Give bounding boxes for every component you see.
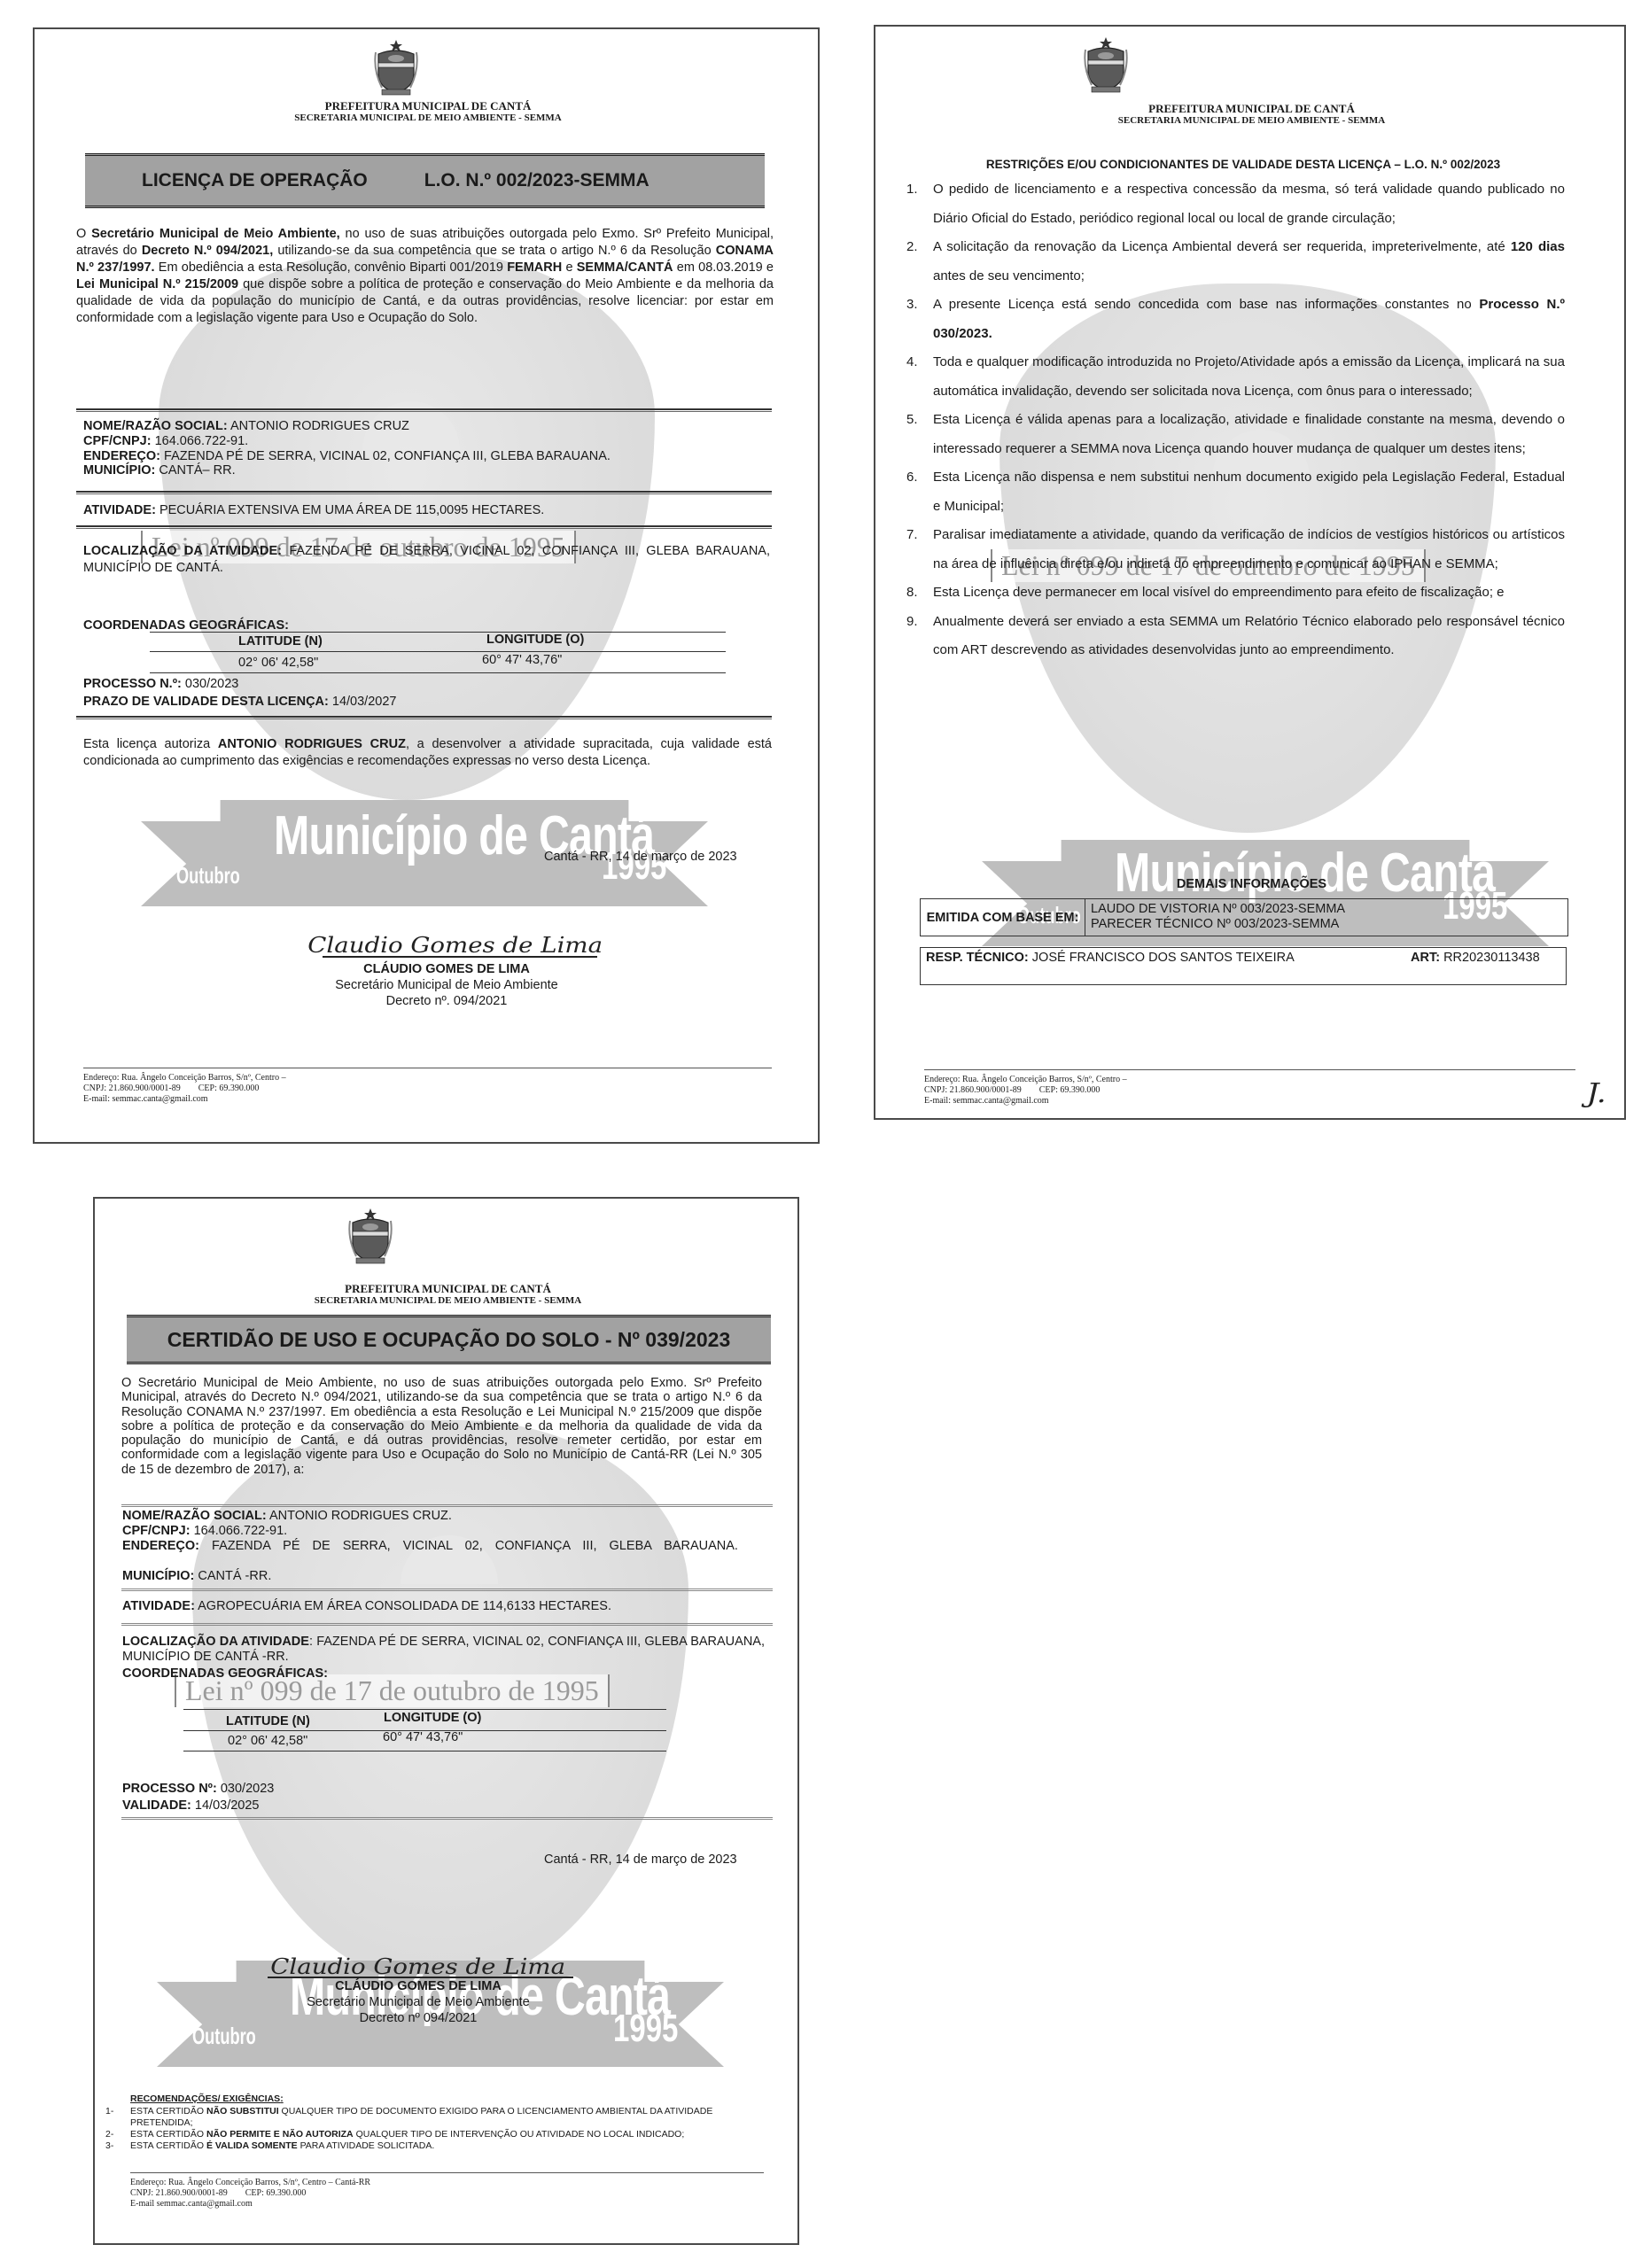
restrictions-document: Lei nº 099 de 17 de outubro de 1995 Muni… [874,25,1626,1120]
document-title: LICENÇA DE OPERAÇÃO [142,170,368,191]
signer-name: CLÁUDIO GOMES DE LIMA [245,1978,591,1994]
signature: Claudio Gomes de Lima [270,1954,565,1979]
field-name: NOME/RAZÃO SOCIAL: ANTONIO RODRIGUES CRU… [122,1509,452,1524]
document-title-bar: CERTIDÃO DE USO E OCUPAÇÃO DO SOLO - Nº … [127,1315,771,1364]
issued-based-label: EMITIDA COM BASE EM: [921,899,1085,936]
issued-based-table: EMITIDA COM BASE EM: LAUDO DE VISTORIA N… [920,898,1568,936]
list-number: 3. [906,291,918,320]
list-text: ESTA CERTIDÃO NÃO SUBSTITUI QUALQUER TIP… [130,2106,712,2128]
list-item: 8.Esta Licença deve permanecer em local … [906,579,1565,608]
resp-technician: RESP. TÉCNICO: JOSÉ FRANCISCO DOS SANTOS… [926,951,1295,965]
list-item: 3-ESTA CERTIDÃO É VALIDA SOMENTE PARA AT… [105,2140,761,2152]
field-municipality: MUNICÍPIO: CANTÁ -RR. [122,1569,271,1584]
letterhead-dept: SECRETARIA MUNICIPAL DE MEIO AMBIENTE - … [875,115,1626,126]
coords-label: COORDENADAS GEOGRÁFICAS: [122,1666,328,1682]
list-text: O pedido de licenciamento e a respectiva… [933,182,1565,226]
list-number: 2- [105,2129,113,2140]
document-title-bar: LICENÇA DE OPERAÇÃO L.O. N.º 002/2023-SE… [85,153,765,208]
letterhead-org: PREFEITURA MUNICIPAL DE CANTÁ [95,1283,799,1295]
list-number: 7. [906,521,918,550]
other-info-title: DEMAIS INFORMAÇÕES [875,877,1626,891]
list-number: 9. [906,608,918,637]
list-item: 3.A presente Licença está sendo concedid… [906,291,1565,348]
field-cpf: CPF/CNPJ: 164.066.722-91. [122,1524,287,1539]
signer-role: Secretário Municipal de Meio Ambiente [274,977,619,993]
list-text: ESTA CERTIDÃO É VALIDA SOMENTE PARA ATIV… [130,2140,434,2151]
signer-decree: Decreto nº. 094/2021 [274,993,619,1009]
restrictions-list: 1.O pedido de licenciamento e a respecti… [906,175,1565,665]
technical-responsible-box: RESP. TÉCNICO: JOSÉ FRANCISCO DOS SANTOS… [920,947,1567,985]
license-number: L.O. N.º 002/2023-SEMMA [424,170,649,191]
list-item: 9.Anualmente deverá ser enviado a esta S… [906,608,1565,665]
license-document: Lei nº 099 de 17 de outubro de 1995 Muni… [33,27,820,1144]
art-number: ART: RR20230113438 [1411,951,1540,965]
list-number: 1- [105,2106,113,2117]
footer-divider [130,2172,764,2173]
footer-divider [83,1068,772,1068]
footer-divider [924,1069,1575,1070]
coordinates-table: LATITUDE (N) LONGITUDE (O) 02° 06' 42,58… [183,1709,666,1753]
field-cpf: CPF/CNPJ: 164.066.722-91. [83,434,248,449]
list-text: Paralisar imediatamente a atividade, qua… [933,527,1565,571]
certificate-document: Lei nº 099 de 17 de outubro de 1995 Muni… [93,1197,799,2245]
field-process: PROCESSO N.º: 030/2023 [83,677,238,692]
letterhead-org: PREFEITURA MUNICIPAL DE CANTÁ [875,103,1626,115]
list-item: 4.Toda e qualquer modificação introduzid… [906,348,1565,406]
list-item: 2.A solicitação da renovação da Licença … [906,233,1565,291]
divider [76,525,772,529]
field-address: ENDEREÇO: FAZENDA PÉ DE SERRA, VICINAL 0… [83,449,611,464]
divider [121,1588,773,1591]
list-text: Anualmente deverá ser enviado a esta SEM… [933,614,1565,658]
divider [76,408,772,412]
list-text: Toda e qualquer modificação introduzida … [933,354,1565,399]
document-title: CERTIDÃO DE USO E OCUPAÇÃO DO SOLO - Nº … [167,1328,731,1352]
list-number: 2. [906,233,918,262]
signer-name: CLÁUDIO GOMES DE LIMA [274,961,619,977]
list-text: Esta Licença deve permanecer em local vi… [933,585,1505,600]
list-text: A solicitação da renovação da Licença Am… [933,239,1565,283]
list-number: 1. [906,175,918,205]
list-number: 4. [906,348,918,377]
recommendations-title: RECOMENDAÇÕES/ EXIGÊNCIAS: [130,2093,284,2105]
field-validity: PRAZO DE VALIDADE DESTA LICENÇA: 14/03/2… [83,695,396,710]
longitude-header: LONGITUDE (O) [384,1711,481,1725]
recommendations-list: 1-ESTA CERTIDÃO NÃO SUBSTITUI QUALQUER T… [105,2106,761,2152]
field-location: LOCALIZAÇÃO DA ATIVIDADE: FAZENDA PÉ DE … [122,1635,765,1665]
certificate-preamble: O Secretário Municipal de Meio Ambiente,… [121,1376,762,1477]
list-item: 7.Paralisar imediatamente a atividade, q… [906,521,1565,579]
latitude-header: LATITUDE (N) [238,634,323,649]
longitude-value: 60° 47' 43,76" [482,653,562,667]
letterhead-dept: SECRETARIA MUNICIPAL DE MEIO AMBIENTE - … [35,113,820,123]
field-address: ENDEREÇO: FAZENDA PÉ DE SERRA, VICINAL 0… [122,1539,763,1554]
divider [121,1817,773,1820]
footer-address: Endereço: Rua. Ângelo Conceição Barros, … [130,2178,370,2210]
divider [121,1623,773,1626]
latitude-value: 02° 06' 42,58" [238,656,318,670]
signer-role: Secretário Municipal de Meio Ambiente [245,1994,591,2010]
list-text: Esta Licença é válida apenas para a loca… [933,412,1565,456]
license-authorization: Esta licença autoriza ANTONIO RODRIGUES … [83,736,772,770]
field-process: PROCESSO Nº: 030/2023 [122,1782,274,1797]
footer-address: Endereço: Rua. Ângelo Conceição Barros, … [924,1075,1127,1107]
initial-signature: J. [1587,1078,1606,1109]
letterhead: PREFEITURA MUNICIPAL DE CANTÁ SECRETARIA… [35,100,820,123]
divider [76,491,772,494]
list-number: 8. [906,579,918,608]
divider [76,716,772,719]
field-validity: VALIDADE: 14/03/2025 [122,1798,259,1814]
latitude-header: LATITUDE (N) [226,1714,310,1728]
list-item: 6.Esta Licença não dispensa e nem substi… [906,463,1565,521]
letterhead-dept: SECRETARIA MUNICIPAL DE MEIO AMBIENTE - … [95,1295,799,1306]
place-date: Cantá - RR, 14 de março de 2023 [544,1852,737,1868]
longitude-value: 60° 47' 43,76" [383,1730,463,1744]
divider [121,1504,773,1507]
letterhead: PREFEITURA MUNICIPAL DE CANTÁ SECRETARIA… [875,103,1626,126]
list-item: 2-ESTA CERTIDÃO NÃO PERMITE E NÃO AUTORI… [105,2129,761,2140]
latitude-value: 02° 06' 42,58" [228,1734,307,1748]
field-name: NOME/RAZÃO SOCIAL: ANTONIO RODRIGUES CRU… [83,419,409,434]
list-text: ESTA CERTIDÃO NÃO PERMITE E NÃO AUTORIZA… [130,2129,684,2140]
license-preamble: O Secretário Municipal de Meio Ambiente,… [76,226,774,327]
list-item: 1-ESTA CERTIDÃO NÃO SUBSTITUI QUALQUER T… [105,2106,761,2129]
list-number: 3- [105,2140,113,2152]
list-item: 5.Esta Licença é válida apenas para a lo… [906,406,1565,463]
list-number: 5. [906,406,918,435]
list-text: Esta Licença não dispensa e nem substitu… [933,470,1565,514]
signer-decree: Decreto nº 094/2021 [245,2010,591,2026]
letterhead: PREFEITURA MUNICIPAL DE CANTÁ SECRETARIA… [95,1283,799,1306]
signer-block: CLÁUDIO GOMES DE LIMA Secretário Municip… [245,1978,591,2026]
list-number: 6. [906,463,918,493]
footer-address: Endereço: Rua. Ângelo Conceição Barros, … [83,1073,286,1105]
letterhead-org: PREFEITURA MUNICIPAL DE CANTÁ [35,100,820,113]
coat-of-arms-icon [373,38,419,97]
coat-of-arms-icon [347,1207,393,1265]
list-item: 1.O pedido de licenciamento e a respecti… [906,175,1565,233]
place-date: Cantá - RR, 14 de março de 2023 [544,850,737,865]
restrictions-title: RESTRIÇÕES E/OU CONDICIONANTES DE VALIDA… [906,158,1580,171]
field-municipality: MUNICÍPIO: CANTÁ– RR. [83,463,236,478]
coat-of-arms-icon [1083,35,1129,94]
list-text: A presente Licença está sendo concedida … [933,297,1565,341]
field-activity: ATIVIDADE: AGROPECUÁRIA EM ÁREA CONSOLID… [122,1599,611,1614]
signer-block: CLÁUDIO GOMES DE LIMA Secretário Municip… [274,961,619,1009]
field-location: LOCALIZAÇÃO DA ATIVIDADE: FAZENDA PÉ DE … [83,543,770,577]
field-activity: ATIVIDADE: PECUÁRIA EXTENSIVA EM UMA ÁRE… [83,503,544,518]
issued-based-values: LAUDO DE VISTORIA Nº 003/2023-SEMMA PARE… [1085,899,1350,936]
signature-line [323,956,597,958]
signature: Claudio Gomes de Lima [307,933,603,958]
longitude-header: LONGITUDE (O) [486,633,584,647]
